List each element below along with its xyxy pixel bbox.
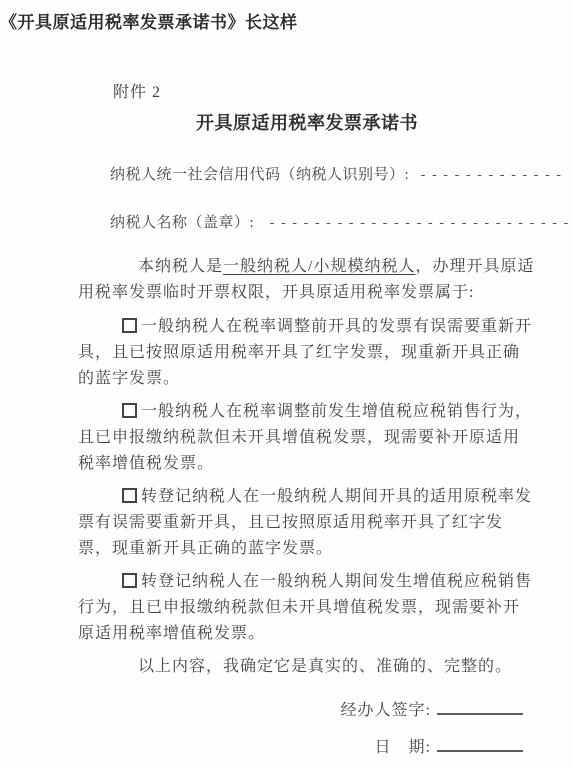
confirmation-statement: 以上内容，我确定它是真实的、准确的、完整的。: [78, 654, 536, 680]
option-text: 转登记纳税人在一般纳税人期间开具的适用原税率发票有误需要重新开具，且已按照原适用…: [78, 488, 532, 557]
date-row: 日 期:: [78, 735, 523, 761]
intro-taxpayer-type-underlined: 一般纳税人/小规模纳税人: [223, 258, 415, 275]
date-label: 日 期:: [375, 739, 431, 756]
attachment-label: 附件 2: [113, 83, 536, 103]
option-text: 一般纳税人在税率调整前开具的发票有误需要重新开具，且已按照原适用税率开具了红字发…: [78, 318, 532, 387]
option-checkbox[interactable]: [122, 318, 137, 333]
signer-label: 经办人签字:: [341, 702, 431, 719]
option-item: 转登记纳税人在一般纳税人期间开具的适用原税率发票有误需要重新开具，且已按照原适用…: [78, 484, 536, 562]
option-item: 一般纳税人在税率调整前开具的发票有误需要重新开具，且已按照原适用税率开具了红字发…: [78, 314, 536, 392]
field-taxpayer-name-label: 纳税人名称（盖章）:: [110, 215, 254, 231]
article-heading: 《开具原适用税率发票承诺书》长这样: [0, 12, 571, 34]
date-fill-line: [437, 738, 523, 752]
option-item: 一般纳税人在税率调整前发生增值税应税销售行为，且已申报缴纳税款但未开具增值税发票…: [78, 399, 536, 477]
option-checkbox[interactable]: [122, 573, 137, 588]
option-checkbox[interactable]: [122, 488, 137, 503]
field-taxpayer-name: 纳税人名称（盖章）:------------------------------: [110, 210, 536, 237]
field-credit-code: 纳税人统一社会信用代码（纳税人识别号）:-------------: [110, 162, 536, 189]
signer-row: 经办人签字:: [78, 698, 523, 724]
document-title: 开具原适用税率发票承诺书: [78, 112, 536, 134]
option-text: 转登记纳税人在一般纳税人期间发生增值税应税销售行为，且已申报缴纳税款但未开具增值…: [78, 573, 532, 642]
field-credit-code-label: 纳税人统一社会信用代码（纳税人识别号）:: [110, 167, 409, 183]
option-text: 一般纳税人在税率调整前发生增值税应税销售行为，且已申报缴纳税款但未开具增值税发票…: [78, 403, 532, 472]
option-checkbox[interactable]: [122, 403, 137, 418]
document-scan: 附件 2 开具原适用税率发票承诺书 纳税人统一社会信用代码（纳税人识别号）:--…: [0, 83, 573, 761]
signature-block: 经办人签字: 日 期:: [78, 698, 536, 761]
article-page: 《开具原适用税率发票承诺书》长这样 附件 2 开具原适用税率发票承诺书 纳税人统…: [0, 0, 573, 769]
intro-paragraph: 本纳税人是一般纳税人/小规模纳税人，办理开具原适用税率发票临时开票权限，开具原适…: [78, 254, 536, 306]
signer-signature-line: [437, 701, 523, 715]
intro-prefix: 本纳税人是: [138, 258, 223, 275]
field-taxpayer-name-fill-line: ------------------------------: [268, 216, 573, 231]
field-credit-code-fill-line: -------------: [419, 168, 566, 183]
option-item: 转登记纳税人在一般纳税人期间发生增值税应税销售行为，且已申报缴纳税款但未开具增值…: [78, 569, 536, 647]
